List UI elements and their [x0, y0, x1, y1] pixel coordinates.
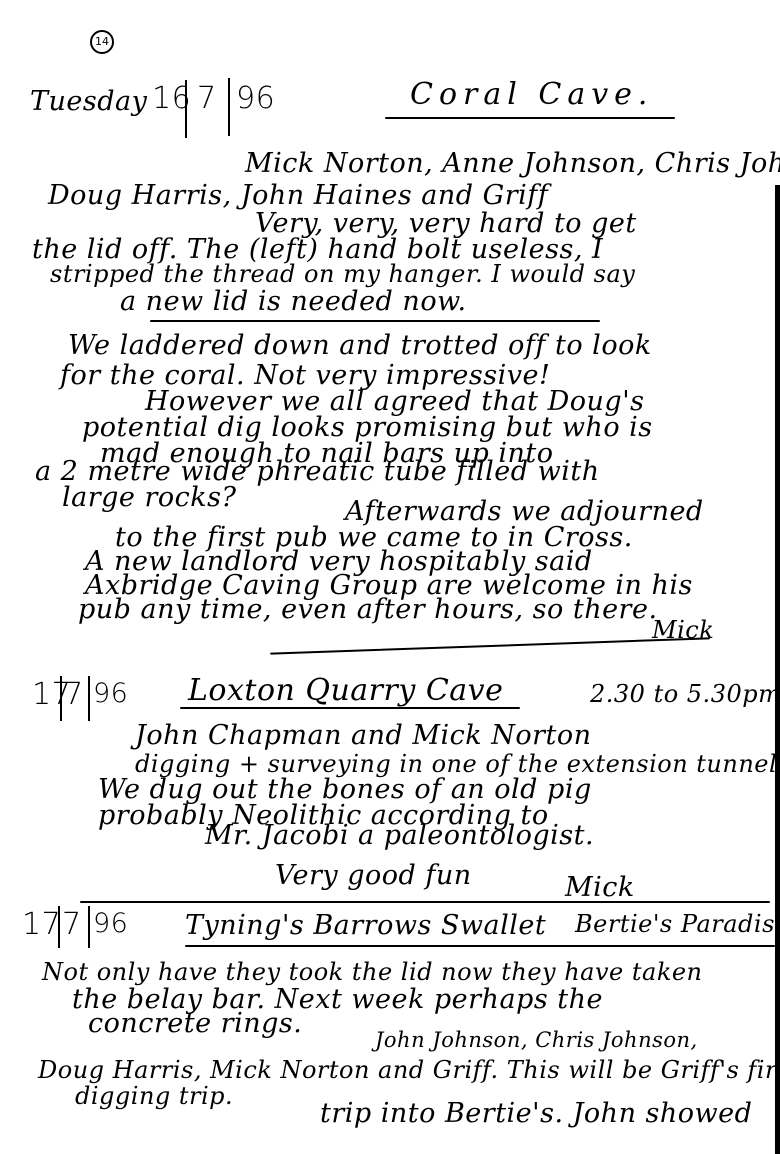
- entry-2-year: 96: [93, 680, 128, 707]
- entry-3-line: Not only have they took the lid now they…: [42, 960, 703, 984]
- title-underline: [180, 707, 520, 709]
- date-divider: [88, 676, 90, 721]
- entry-1-month: 7: [197, 84, 217, 114]
- entry-1-line: Afterwards we adjourned: [345, 498, 704, 525]
- page-number: 14: [90, 30, 114, 54]
- scan-edge-shadow: [775, 185, 780, 1154]
- entry-1-line: We laddered down and trotted off to look: [68, 332, 652, 359]
- entry-2-line: digging + surveying in one of the extens…: [135, 752, 780, 776]
- entry-1-line: stripped the thread on my hanger. I woul…: [50, 262, 635, 286]
- title-underline: [385, 117, 675, 119]
- date-divider: [58, 906, 60, 948]
- entry-2-time: 2.30 to 5.30pm.: [590, 682, 780, 706]
- entry-2-line: Very good fun: [275, 862, 472, 889]
- entry-3-line: John Johnson, Chris Johnson,: [375, 1030, 698, 1051]
- entry-2-signature: Mick: [565, 874, 635, 901]
- entry-1-line: Doug Harris, John Haines and Griff: [48, 182, 548, 209]
- entry-2-title: Loxton Quarry Cave: [188, 676, 503, 706]
- date-divider: [60, 676, 62, 721]
- entry-1-line: the lid off. The (left) hand bolt useles…: [32, 236, 603, 263]
- entry-3-month: 7: [62, 910, 82, 940]
- entry-1-line: pub any time, even after hours, so there…: [78, 596, 658, 623]
- underline: [150, 320, 600, 322]
- logbook-page: 14 Tuesday 16 7 96 Coral Cave. Mick Nort…: [0, 0, 780, 1154]
- entry-3-title: Tyning's Barrows Swallet: [185, 912, 546, 939]
- entry-2-month: 7: [64, 680, 84, 710]
- entry-separator: [270, 637, 710, 654]
- entry-1-line: large rocks?: [62, 484, 236, 511]
- entry-1-weekday: Tuesday: [30, 88, 147, 115]
- date-divider: [185, 80, 187, 138]
- entry-1-line: potential dig looks promising but who is: [82, 414, 653, 441]
- entry-1-line: a 2 metre wide phreatic tube filled with: [35, 458, 600, 485]
- entry-3-line: concrete rings.: [88, 1010, 302, 1037]
- entry-3-day: 17: [22, 910, 61, 940]
- date-divider: [88, 906, 90, 948]
- entry-3-line: trip into Bertie's. John showed: [320, 1100, 752, 1127]
- entry-1-line: Very, very, very hard to get: [255, 210, 637, 237]
- date-divider: [228, 78, 230, 136]
- entry-2-line: John Chapman and Mick Norton: [135, 722, 592, 749]
- entry-1-line: However we all agreed that Doug's: [145, 388, 644, 415]
- entry-3-line: Doug Harris, Mick Norton and Griff. This…: [38, 1058, 780, 1082]
- entry-2-line: We dug out the bones of an old pig: [98, 776, 592, 803]
- entry-3-subtitle: Bertie's Paradise dig: [575, 912, 780, 936]
- entry-1-line: a new lid is needed now.: [120, 288, 467, 315]
- entry-1-year: 96: [236, 84, 275, 114]
- entry-3-year: 96: [93, 910, 128, 937]
- entry-2-line: Mr. Jacobi a paleontologist.: [205, 822, 594, 849]
- title-underline: [185, 945, 775, 947]
- entry-separator: [80, 901, 770, 903]
- entry-1-title: Coral Cave.: [410, 80, 653, 110]
- entry-1-line: Mick Norton, Anne Johnson, Chris Johnson: [245, 150, 780, 177]
- entry-3-line: digging trip.: [75, 1084, 233, 1108]
- entry-1-line: for the coral. Not very impressive!: [60, 362, 550, 389]
